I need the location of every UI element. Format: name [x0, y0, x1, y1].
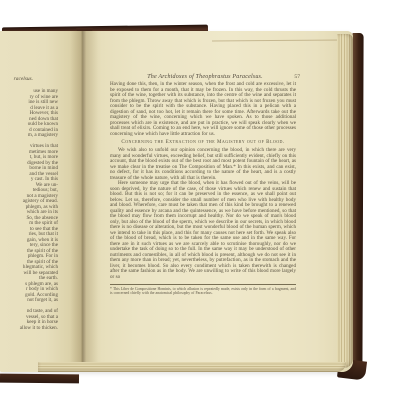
right-page-body: Having done this, then, in the winter se… [110, 82, 296, 296]
section-heading: Concerning the Extraction of the Magiste… [110, 140, 296, 146]
left-running-head-fragment: racelsus. [0, 76, 33, 82]
left-line-fragment: allow it to thicken. [0, 326, 58, 332]
gutter-fold-shadow [70, 31, 98, 372]
page-stack-right-edges [337, 34, 353, 368]
paragraph-wine-process: Having done this, then, in the winter se… [110, 82, 296, 137]
footnote: * This Liber de Compositione Hominis, to… [110, 284, 296, 296]
book-photo: racelsus. use in manyry of wine areine i… [0, 0, 400, 400]
left-page-text-fragments: use in manyry of wine areine is still ne… [0, 89, 58, 331]
paragraph-blood-objection: Here someone may urge that the blood, wh… [110, 181, 296, 280]
book-cover-right-edge [351, 33, 363, 379]
book-cover-bottom-left-edge [0, 374, 79, 384]
right-page-header: The Archidoxes of Theophrastus Paracelsu… [110, 74, 300, 81]
page-number: 57 [294, 74, 300, 81]
running-head-title: The Archidoxes of Theophrastus Paracelsu… [110, 74, 300, 81]
page-stack-bottom-edges [38, 362, 346, 372]
open-page-spread: racelsus. use in manyry of wine areine i… [0, 31, 353, 372]
paragraph-blood-opinion: We wish also to unfold our opinion conce… [110, 148, 296, 181]
